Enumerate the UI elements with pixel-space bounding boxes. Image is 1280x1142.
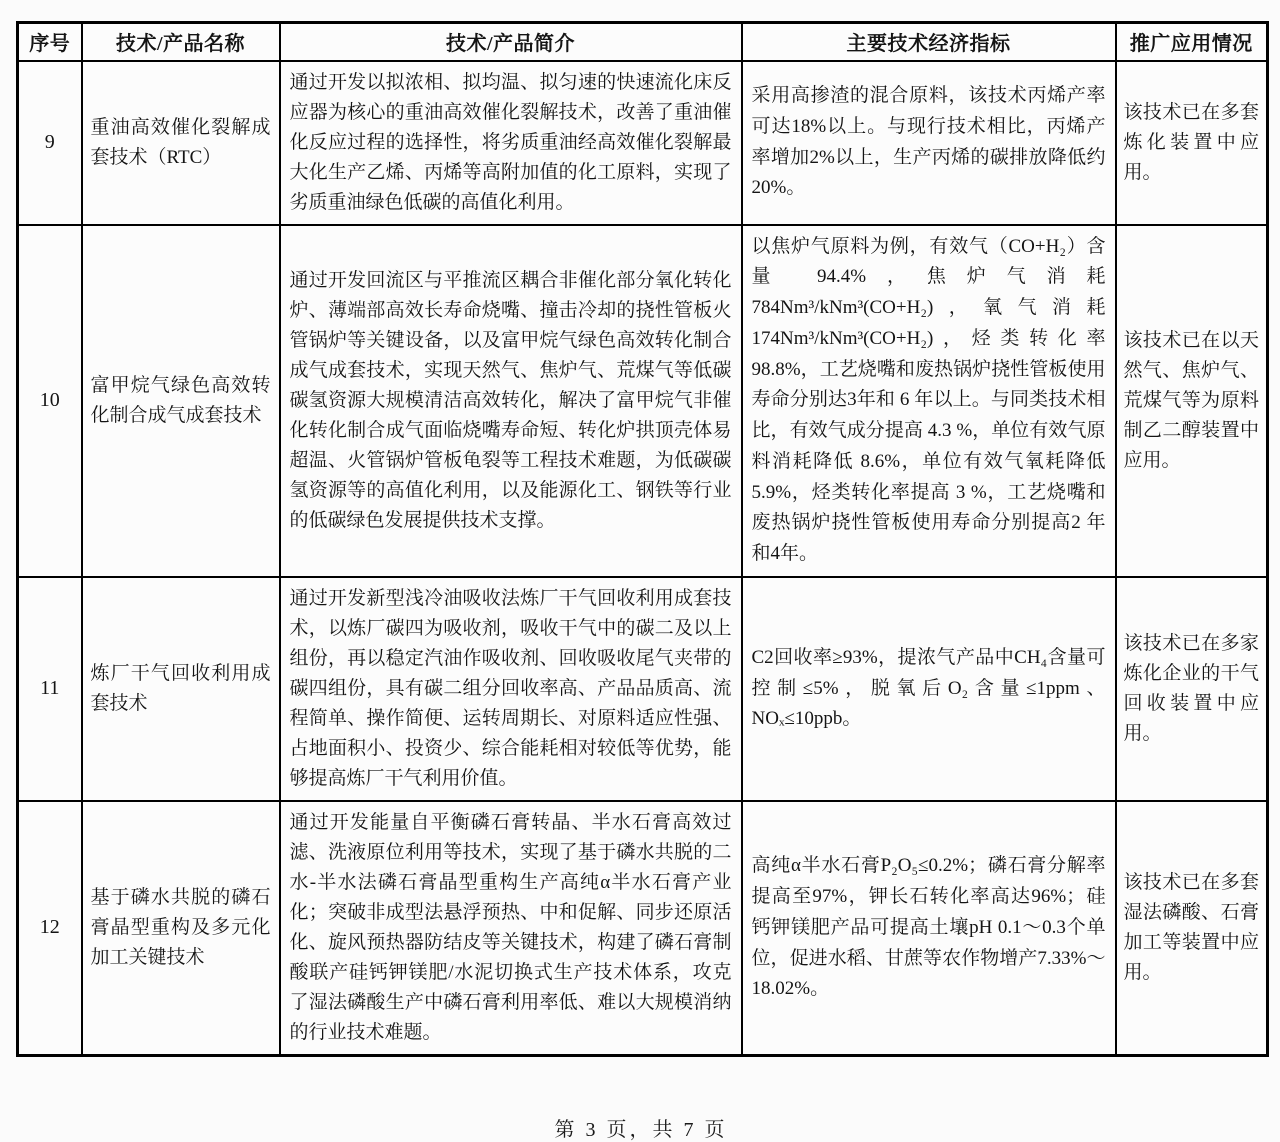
cell-serial-number: 9 bbox=[18, 61, 82, 225]
cell-product-intro: 通过开发能量自平衡磷石膏转晶、半水石膏高效过滤、洗液原位利用等技术，实现了基于磷… bbox=[280, 801, 742, 1056]
header-application-status: 推广应用情况 bbox=[1116, 23, 1268, 61]
cell-serial-number: 11 bbox=[18, 577, 82, 801]
table-row: 12 基于磷水共脱的磷石膏晶型重构及多元化加工关键技术 通过开发能量自平衡磷石膏… bbox=[18, 801, 1268, 1056]
technology-table: 序号 技术/产品名称 技术/产品简介 主要技术经济指标 推广应用情况 9 重油高… bbox=[16, 21, 1269, 1057]
cell-product-intro: 通过开发以拟浓相、拟均温、拟匀速的快速流化床反应器为核心的重油高效催化裂解技术，… bbox=[280, 61, 742, 225]
table-header-row: 序号 技术/产品名称 技术/产品简介 主要技术经济指标 推广应用情况 bbox=[18, 23, 1268, 61]
cell-application-status: 该技术已在多套湿法磷酸、石膏加工等装置中应用。 bbox=[1116, 801, 1268, 1056]
cell-application-status: 该技术已在多家炼化企业的干气回收装置中应用。 bbox=[1116, 577, 1268, 801]
cell-economic-indicators: 以焦炉气原料为例，有效气（CO+H₂）含量 94.4%，焦炉气消耗784Nm³/… bbox=[742, 225, 1116, 577]
cell-product-name: 富甲烷气绿色高效转化制合成气成套技术 bbox=[82, 225, 280, 577]
cell-product-name: 炼厂干气回收利用成套技术 bbox=[82, 577, 280, 801]
cell-application-status: 该技术已在以天然气、焦炉气、荒煤气等为原料制乙二醇装置中应用。 bbox=[1116, 225, 1268, 577]
cell-serial-number: 12 bbox=[18, 801, 82, 1056]
cell-economic-indicators: 采用高掺渣的混合原料，该技术丙烯产率可达18%以上。与现行技术相比，丙烯产率增加… bbox=[742, 61, 1116, 225]
table-row: 9 重油高效催化裂解成套技术（RTC） 通过开发以拟浓相、拟均温、拟匀速的快速流… bbox=[18, 61, 1268, 225]
cell-product-intro: 通过开发新型浅冷油吸收法炼厂干气回收利用成套技术，以炼厂碳四为吸收剂，吸收干气中… bbox=[280, 577, 742, 801]
page-number-footer: 第 3 页，共 7 页 bbox=[16, 1113, 1266, 1142]
table-row: 11 炼厂干气回收利用成套技术 通过开发新型浅冷油吸收法炼厂干气回收利用成套技术… bbox=[18, 577, 1268, 801]
table-row: 10 富甲烷气绿色高效转化制合成气成套技术 通过开发回流区与平推流区耦合非催化部… bbox=[18, 225, 1268, 577]
document-page: 序号 技术/产品名称 技术/产品简介 主要技术经济指标 推广应用情况 9 重油高… bbox=[0, 0, 1280, 994]
header-product-intro: 技术/产品简介 bbox=[280, 23, 742, 61]
header-serial-number: 序号 bbox=[18, 23, 82, 61]
cell-economic-indicators: 高纯α半水石膏P₂O₅≤0.2%；磷石膏分解率提高至97%，钾长石转化率高达96… bbox=[742, 801, 1116, 1056]
header-product-name: 技术/产品名称 bbox=[82, 23, 280, 61]
cell-product-name: 基于磷水共脱的磷石膏晶型重构及多元化加工关键技术 bbox=[82, 801, 280, 1056]
header-economic-indicators: 主要技术经济指标 bbox=[742, 23, 1116, 61]
cell-economic-indicators: C2回收率≥93%，提浓气产品中CH₄含量可控制≤5%，脱氧后O₂含量≤1ppm… bbox=[742, 577, 1116, 801]
cell-product-name: 重油高效催化裂解成套技术（RTC） bbox=[82, 61, 280, 225]
cell-serial-number: 10 bbox=[18, 225, 82, 577]
cell-product-intro: 通过开发回流区与平推流区耦合非催化部分氧化转化炉、薄端部高效长寿命烧嘴、撞击冷却… bbox=[280, 225, 742, 577]
cell-application-status: 该技术已在多套炼化装置中应用。 bbox=[1116, 61, 1268, 225]
